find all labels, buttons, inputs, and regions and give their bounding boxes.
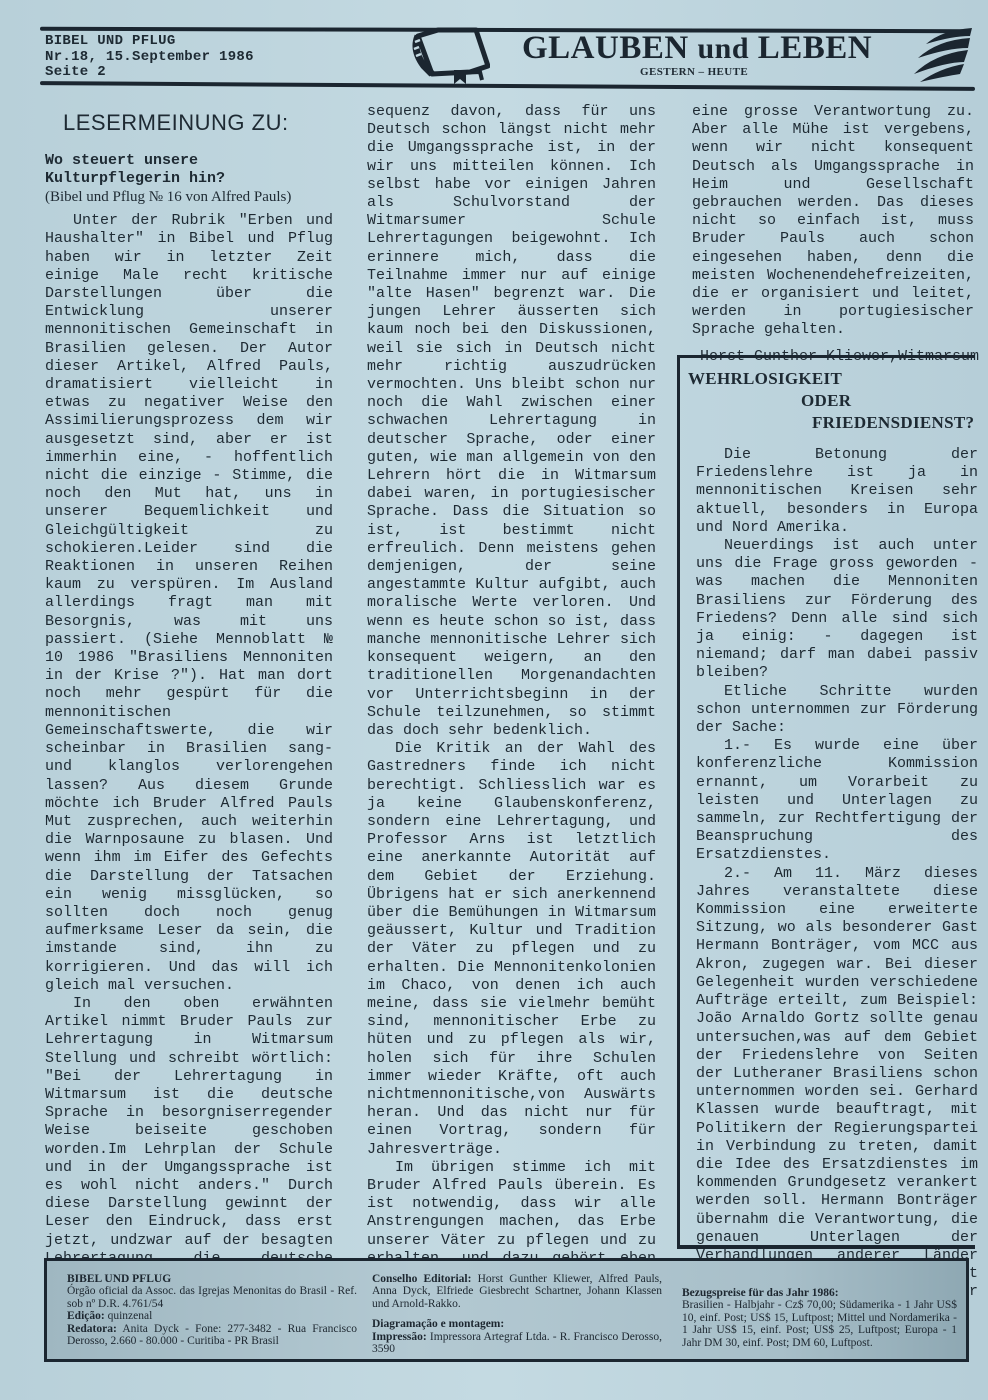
- imprint-footer: BIBEL UND PFLUG Órgão oficial da Assoc. …: [44, 1258, 969, 1362]
- publication-name: BIBEL UND PFLUG: [45, 34, 254, 50]
- section-subtitle: GESTERN – HEUTE: [640, 66, 748, 78]
- article-headline: Wo steuert unsere Kulturpflegerin hin?: [45, 152, 333, 188]
- section-heading: LESERMEINUNG ZU:: [63, 114, 333, 132]
- article-paragraph: 1.- Es wurde eine über konferenzliche Ko…: [696, 737, 978, 864]
- article-column-3: eine grosse Verantwortung zu. Aber alle …: [692, 100, 974, 366]
- imprint-editorial: Conselho Editorial: Horst Gunther Kliewe…: [372, 1273, 662, 1355]
- article-paragraph: 2.- Am 11. März dieses Jahres veranstalt…: [696, 865, 978, 1320]
- article-source-reference: (Bibel und Pflug № 16 von Alfred Pauls): [45, 188, 333, 206]
- boxed-article-title: WEHRLOSIGKEIT ODER FRIEDENSDIENST?: [688, 368, 975, 434]
- masthead-bottom-rule: [40, 81, 975, 91]
- article-paragraph: Neuerdings ist auch unter uns die Frage …: [696, 537, 978, 683]
- imprint-publisher: BIBEL UND PFLUG Órgão oficial da Assoc. …: [67, 1273, 357, 1347]
- article-paragraph: Die Betonung der Friedenslehre ist ja in…: [696, 446, 978, 537]
- article-paragraph: sequenz davon, dass für uns Deutsch scho…: [367, 103, 656, 740]
- newspaper-section-title: GLAUBEN und LEBEN: [522, 30, 872, 67]
- article-paragraph: eine grosse Verantwortung zu. Aber alle …: [692, 103, 974, 340]
- article-paragraph: Unter der Rubrik "Erben und Haushalter" …: [45, 212, 333, 995]
- book-icon: [410, 26, 490, 84]
- article-paragraph: Etliche Schritte wurden schon unternomme…: [696, 683, 978, 738]
- boxed-article: WEHRLOSIGKEIT ODER FRIEDENSDIENST? Die B…: [677, 355, 975, 1249]
- issue-number-date: Nr.18, 15.September 1986: [45, 50, 254, 66]
- page-number: Seite 2: [45, 65, 254, 81]
- boxed-article-body: Die Betonung der Friedenslehre ist ja in…: [696, 446, 978, 1320]
- issue-info: BIBEL UND PFLUG Nr.18, 15.September 1986…: [45, 34, 254, 81]
- masthead: BIBEL UND PFLUG Nr.18, 15.September 1986…: [0, 0, 988, 100]
- article-column-2: sequenz davon, dass für uns Deutsch scho…: [367, 100, 656, 1323]
- article-column-1: LESERMEINUNG ZU: Wo steuert unsere Kultu…: [45, 100, 333, 1359]
- imprint-subscription-prices: Bezugspreise für das Jahr 1986: Brasilie…: [682, 1287, 957, 1349]
- leaf-icon: [912, 26, 974, 84]
- article-paragraph: Die Kritik an der Wahl des Gastredners f…: [367, 740, 656, 1159]
